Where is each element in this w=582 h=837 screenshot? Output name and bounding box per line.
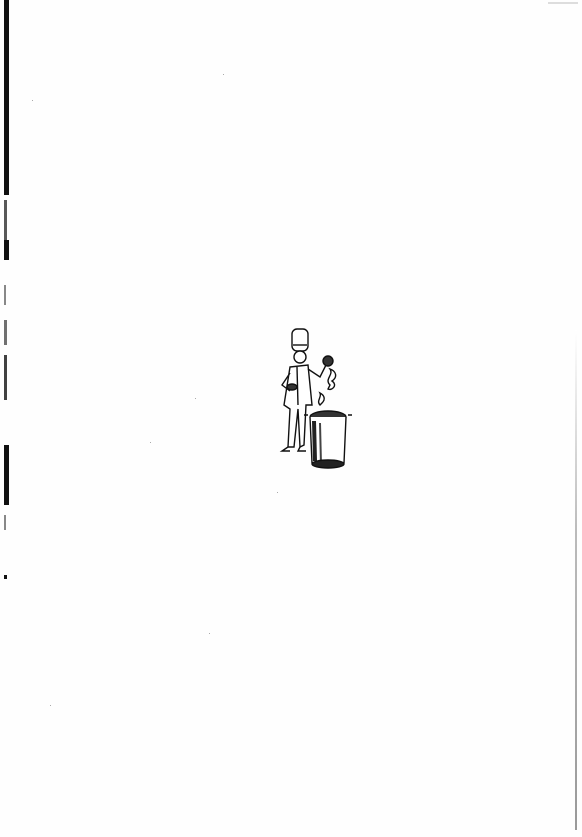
scan-speck xyxy=(32,100,33,101)
binding-edge-shadow xyxy=(4,0,10,585)
page-edge-top xyxy=(548,2,578,4)
scan-speck xyxy=(277,492,278,493)
scan-speck xyxy=(50,705,51,706)
scan-speck xyxy=(223,74,224,75)
page-edge-right xyxy=(575,330,577,830)
scan-speck xyxy=(195,398,196,399)
scan-speck xyxy=(150,442,151,443)
scan-speck xyxy=(209,633,210,634)
chef-illustration xyxy=(268,325,363,475)
